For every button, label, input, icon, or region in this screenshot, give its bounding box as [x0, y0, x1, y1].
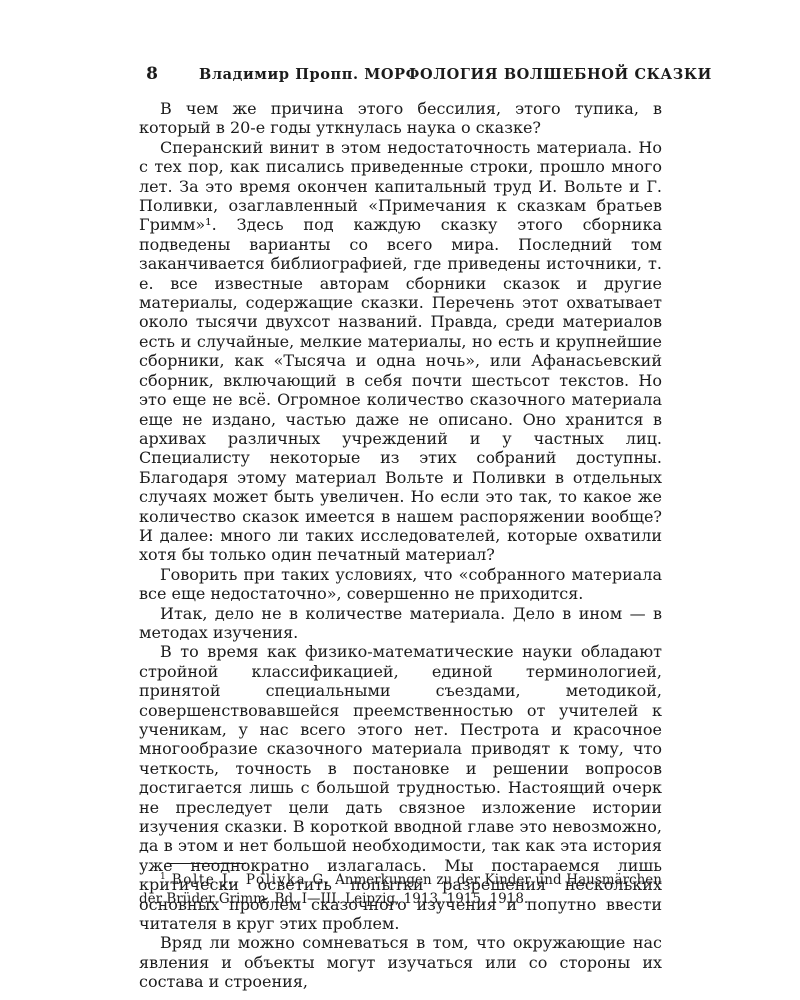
paragraph: Говорить при таких условиях, что «собран…	[139, 565, 662, 604]
running-title: Владимир Пропп. МОРФОЛОГИЯ ВОЛШЕБНОЙ СКА…	[199, 66, 712, 83]
footnote-separator	[167, 863, 246, 864]
paragraph: Вряд ли можно сомневаться в том, что окр…	[139, 933, 662, 991]
body-text: В чем же причина этого бессилия, этого т…	[139, 99, 662, 992]
footnote: 1Bolte J., Polivka G. Anmerkungen zu der…	[139, 871, 662, 909]
paragraph: Сперанский винит в этом недостаточность …	[139, 138, 662, 565]
footnote-marker: 1	[160, 872, 166, 882]
paragraph: Итак, дело не в количестве материала. Де…	[139, 604, 662, 643]
footnote-authors: Bolte J., Polivka G.	[172, 872, 331, 888]
paragraph: В чем же причина этого бессилия, этого т…	[139, 99, 662, 138]
page-number: 8	[139, 64, 165, 84]
footnote-block: 1Bolte J., Polivka G. Anmerkungen zu der…	[139, 863, 662, 909]
running-head: 8 Владимир Пропп. МОРФОЛОГИЯ ВОЛШЕБНОЙ С…	[139, 60, 662, 88]
book-page: { "page_header": { "page_number": "8", "…	[0, 0, 800, 1000]
